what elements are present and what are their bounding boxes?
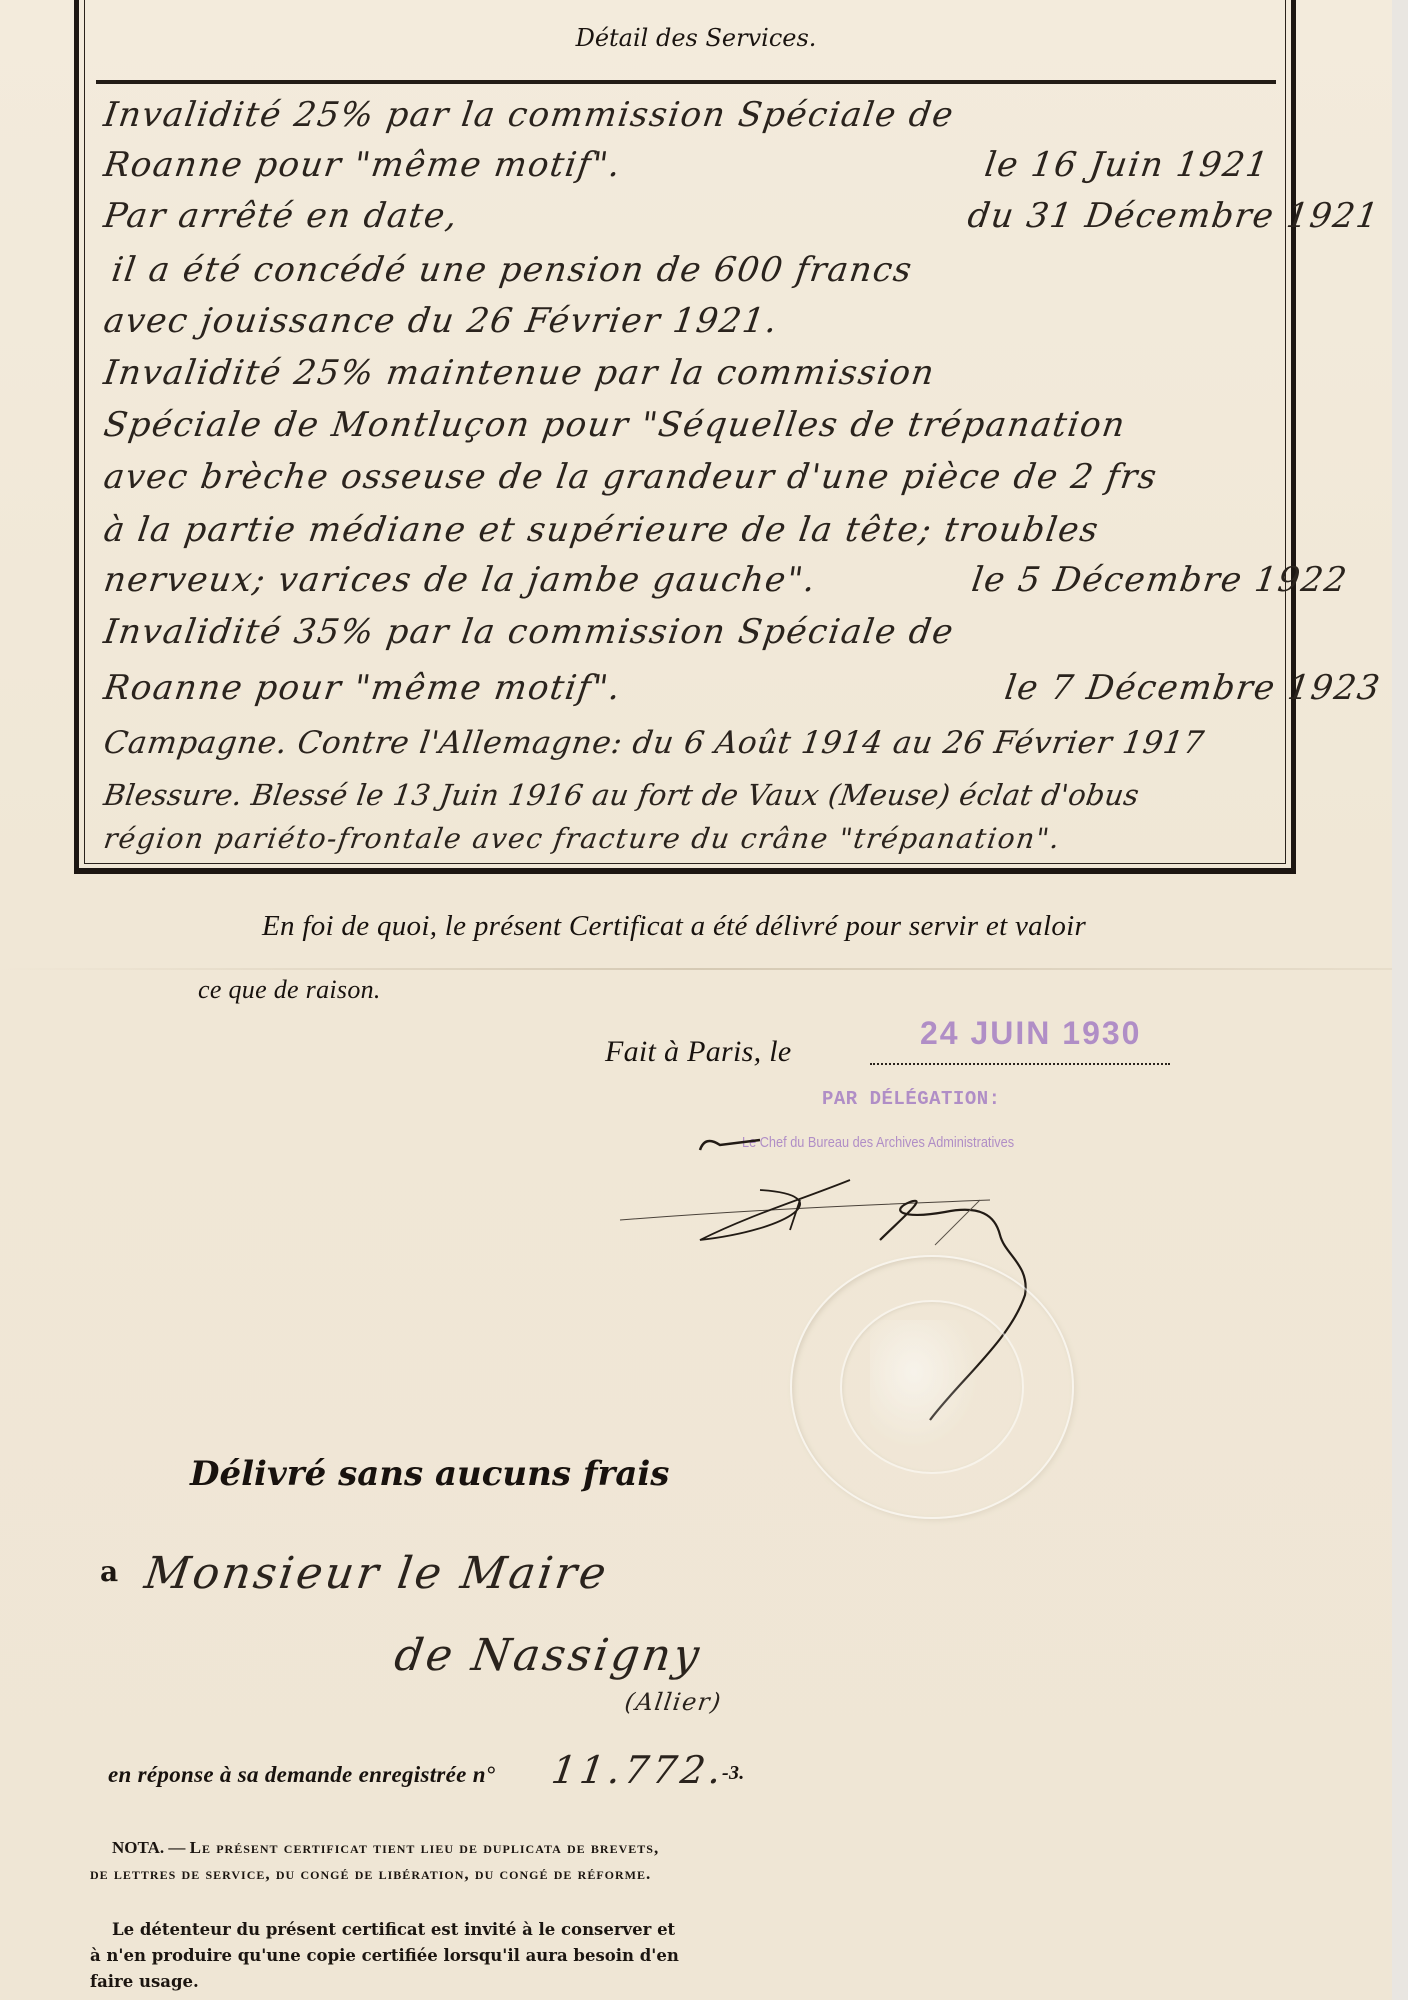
holder-notice: faire usage. — [90, 1972, 199, 1991]
nota-line: NOTA. — Le présent certificat tient lieu… — [112, 1838, 659, 1858]
holder-notice: Le détenteur du présent certificat est i… — [112, 1920, 675, 1939]
attestation-text: ce que de raison. — [198, 975, 381, 1005]
wound-line: région pariéto-frontale avec fracture du… — [102, 822, 1063, 855]
request-suffix: -3. — [722, 1762, 745, 1785]
service-line: Roanne pour "même motif". — [101, 145, 624, 185]
service-line: Roanne pour "même motif". — [101, 668, 624, 708]
attestation-text: En foi de quoi, le présent Certificat a … — [262, 910, 1086, 943]
section-title: Détail des Services. — [0, 24, 1392, 52]
recipient-name: Monsieur le Maire — [141, 1548, 612, 1599]
delegation-stamp: PAR DÉLÉGATION: — [822, 1088, 1001, 1110]
recipient-prefix: a — [100, 1555, 118, 1588]
recipient-department: (Allier) — [623, 1688, 724, 1716]
date-line — [870, 1063, 1170, 1065]
service-line: nerveux; varices de la jambe gauche". — [101, 560, 819, 600]
nota-text: Le présent certificat tient lieu de dupl… — [190, 1838, 660, 1857]
service-line: avec brèche osseuse de la grandeur d'une… — [101, 457, 1160, 497]
nota-text: de lettres de service, du congé de libér… — [90, 1864, 651, 1883]
nota-label: NOTA. — — [112, 1838, 185, 1857]
service-date: du 31 Décembre 1921 — [965, 196, 1382, 236]
service-date: le 5 Décembre 1922 — [969, 560, 1350, 600]
seal-figure-icon — [870, 1320, 980, 1450]
service-line: Invalidité 25% maintenue par la commissi… — [101, 353, 938, 393]
service-line: Invalidité 35% par la commission Spécial… — [101, 612, 957, 652]
service-line: avec jouissance du 26 Février 1921. — [101, 301, 781, 341]
service-line: Invalidité 25% par la commission Spécial… — [101, 95, 957, 135]
campaign-line: Campagne. Contre l'Allemagne: du 6 Août … — [101, 725, 1206, 761]
request-number: 11.772. — [549, 1748, 728, 1792]
title-separator — [96, 80, 1276, 84]
nota-line: de lettres de service, du congé de libér… — [90, 1864, 651, 1884]
recipient-commune: de Nassigny — [391, 1630, 705, 1681]
service-date: le 7 Décembre 1923 — [1002, 668, 1383, 708]
scan-margin — [1392, 0, 1408, 2000]
wound-line: Blessure. Blessé le 13 Juin 1916 au fort… — [102, 778, 1142, 812]
service-line: Spéciale de Montluçon pour "Séquelles de… — [101, 405, 1128, 445]
paper-fold — [0, 968, 1392, 970]
service-line: Par arrêté en date, — [101, 196, 461, 236]
holder-notice: à n'en produire qu'une copie certifiée l… — [90, 1946, 679, 1965]
service-line: il a été concédé une pension de 600 fran… — [109, 250, 915, 290]
date-stamp: 24 JUIN 1930 — [920, 1015, 1141, 1052]
request-label: en réponse à sa demande enregistrée n° — [108, 1762, 495, 1788]
service-date: le 16 Juin 1921 — [982, 145, 1272, 185]
service-line: à la partie médiane et supérieure de la … — [101, 510, 1102, 550]
delivered-free-heading: Délivré sans aucuns frais — [190, 1454, 669, 1494]
place-label: Fait à Paris, le — [605, 1035, 791, 1069]
